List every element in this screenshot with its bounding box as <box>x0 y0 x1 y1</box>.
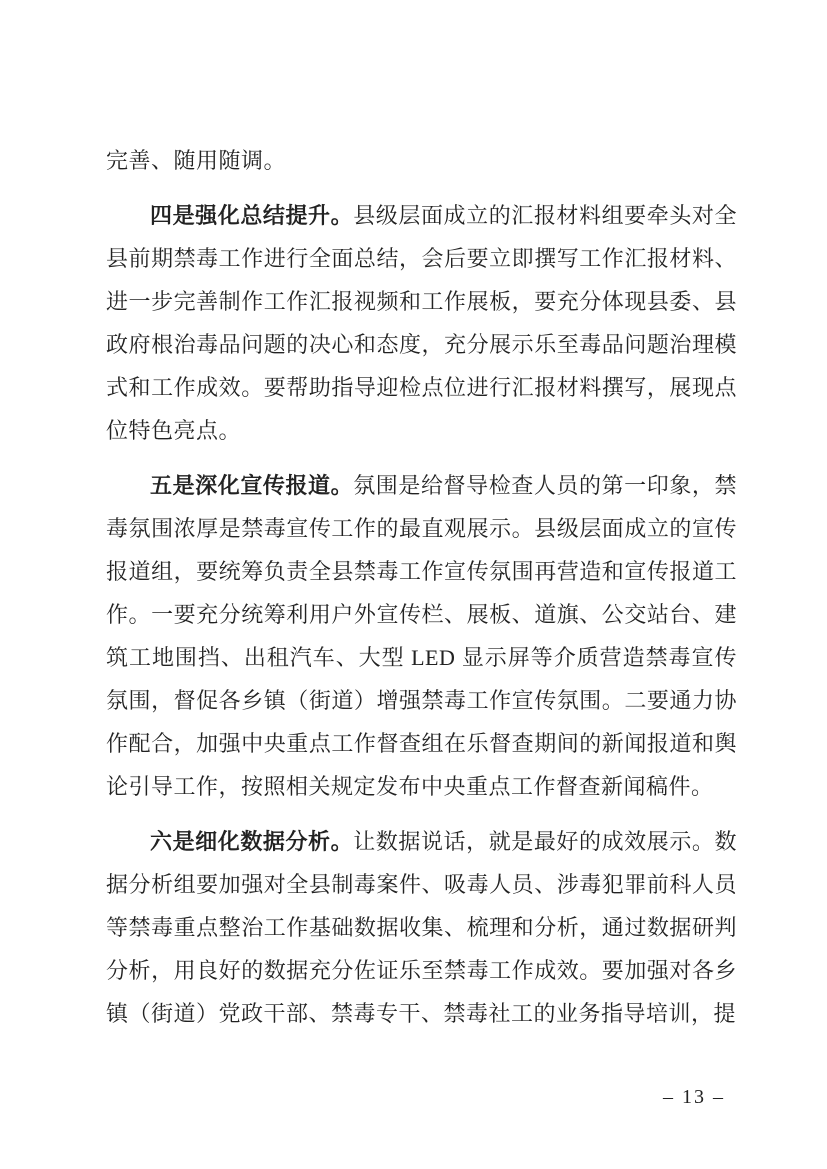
document-page: 完善、随用随调。 四是强化总结提升。县级层面成立的汇报材料组要牵头对全县前期禁毒… <box>0 0 827 1169</box>
paragraph-text: 完善、随用随调。 <box>106 148 286 173</box>
section-lead-five: 五是深化宣传报道。 <box>150 473 353 498</box>
paragraph-continuation: 完善、随用随调。 <box>106 139 737 182</box>
paragraph-text: 县级层面成立的汇报材料组要牵头对全县前期禁毒工作进行全面总结，会后要立即撰写工作… <box>106 203 737 443</box>
document-body: 完善、随用随调。 四是强化总结提升。县级层面成立的汇报材料组要牵头对全县前期禁毒… <box>106 139 737 1035</box>
page-number: – 13 – <box>663 1083 725 1111</box>
paragraph-point-five: 五是深化宣传报道。氛围是给督导检查人员的第一印象，禁毒氛围浓厚是禁毒宣传工作的最… <box>106 464 737 808</box>
paragraph-point-six: 六是细化数据分析。让数据说话，就是最好的成效展示。数据分析组要加强对全县制毒案件… <box>106 820 737 1035</box>
section-lead-six: 六是细化数据分析。 <box>150 829 353 854</box>
paragraph-text: 氛围是给督导检查人员的第一印象，禁毒氛围浓厚是禁毒宣传工作的最直观展示。县级层面… <box>106 473 737 799</box>
paragraph-text: 让数据说话，就是最好的成效展示。数据分析组要加强对全县制毒案件、吸毒人员、涉毒犯… <box>106 829 737 1026</box>
paragraph-point-four: 四是强化总结提升。县级层面成立的汇报材料组要牵头对全县前期禁毒工作进行全面总结，… <box>106 194 737 452</box>
section-lead-four: 四是强化总结提升。 <box>150 203 353 228</box>
